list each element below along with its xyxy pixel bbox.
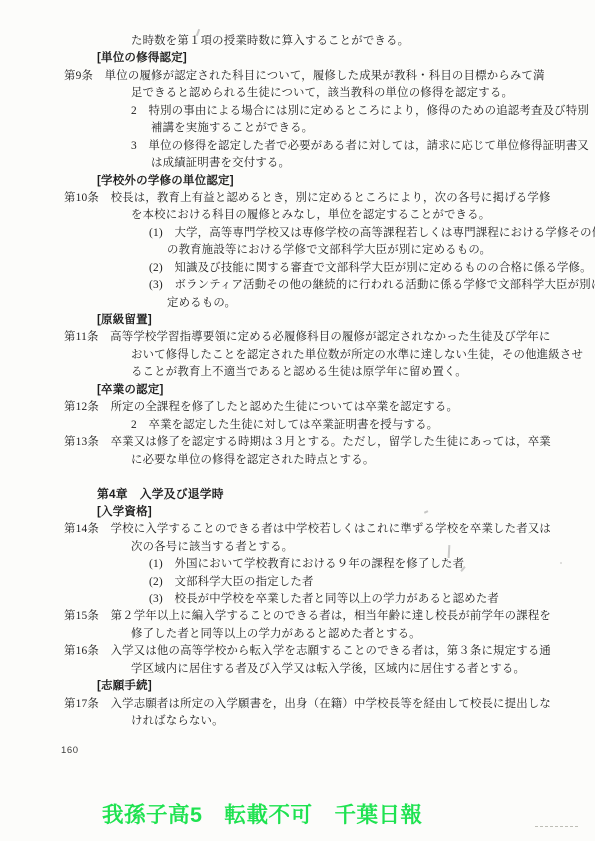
list-item-line: (1) 外国において学校教育における９年の課程を修了した者 <box>0 556 595 573</box>
text-line: は成績証明書を交付する。 <box>0 155 595 172</box>
text-line: 修了した者と同等以上の学力があると認めた者とする。 <box>0 626 595 643</box>
text-line: ければならない。 <box>0 713 595 730</box>
text-line: ることが教育上不適当であると認める生徒は原学年に留め置く。 <box>0 364 595 381</box>
article-line: 第9条 単位の履修が認定された科目について，履修した成果が教科・科目の目標からみ… <box>0 68 595 85</box>
text-line: 足できると認められる生徒について，該当教科の単位の修得を認定する。 <box>0 85 595 102</box>
section-header: [志願手続] <box>0 678 595 695</box>
paragraph-line: 2 特別の事由による場合には別に定めるところにより，修得のための追認考査及び特別 <box>0 103 595 120</box>
document-body: た時数を第１項の授業時数に算入することができる。 [単位の修得認定] 第9条 単… <box>0 33 595 731</box>
list-item-line: (3) ボランティア活動その他の継続的に行われる活動に係る学修で文部科学大臣が別… <box>0 277 595 294</box>
section-header: [学校外の学修の単位認定] <box>0 173 595 190</box>
article-line: 第10条 校長は，教育上有益と認めるとき，別に定めるところにより，次の各号に掲げ… <box>0 190 595 207</box>
watermark-text: 我孫子高5 転載不可 千葉日報 <box>102 798 422 829</box>
text-line: 定めるもの。 <box>0 295 595 312</box>
article-line: 第14条 学校に入学することのできる者は中学校若しくはこれに準ずる学校を卒業した… <box>0 521 595 538</box>
article-line: 第16条 入学又は他の高等学校から転入学を志願することのできる者は，第３条に規定… <box>0 643 595 660</box>
text-line: 次の各号に該当する者とする。 <box>0 539 595 556</box>
article-line: 第11条 高等学校学習指導要領に定める必履修科目の履修が認定されなかった生徒及び… <box>0 329 595 346</box>
section-header: [入学資格] <box>0 504 595 521</box>
scan-artifact <box>560 562 562 564</box>
list-item-line: (2) 知識及び技能に関する審査で文部科学大臣が別に定めるものの合格に係る学修。 <box>0 260 595 277</box>
chapter-heading: 第4章 入学及び退学時 <box>0 486 595 503</box>
article-line: 第13条 卒業又は修了を認定する時期は３月とする。ただし，留学した生徒にあっては… <box>0 434 595 451</box>
paragraph-line: 3 単位の修得を認定した者で必要がある者に対しては，請求に応じて単位修得証明書又 <box>0 138 595 155</box>
article-line: 第15条 第２学年以上に編入学することのできる者は，相当年齢に達し校長が前学年の… <box>0 608 595 625</box>
list-item-line: (3) 校長が中学校を卒業した者と同等以上の学力があると認めた者 <box>0 591 595 608</box>
list-item-line: (1) 大学，高等専門学校又は専修学校の高等課程若しくは専門課程における学修その… <box>0 225 595 242</box>
text-line: た時数を第１項の授業時数に算入することができる。 <box>0 33 595 50</box>
section-header: [原級留置] <box>0 312 595 329</box>
blank-line <box>0 469 595 486</box>
text-line: を本校における科目の履修とみなし，単位を認定することができる。 <box>0 207 595 224</box>
section-header: [卒業の認定] <box>0 382 595 399</box>
text-line: 学区域内に居住する者及び入学又は転入学後，区域内に居住する者とする。 <box>0 661 595 678</box>
text-line: 補講を実施することができる。 <box>0 120 595 137</box>
text-line: おいて修得したことを認定された単位数が所定の水準に達しない生徒，その他進級させ <box>0 347 595 364</box>
scan-artifact-dashed-line <box>535 826 578 827</box>
paragraph-line: 2 卒業を認定した生徒に対しては卒業証明書を授与する。 <box>0 417 595 434</box>
section-header: [単位の修得認定] <box>0 50 595 67</box>
article-line: 第12条 所定の全課程を修了したと認めた生徒については卒業を認定する。 <box>0 399 595 416</box>
page-number: 160 <box>61 745 79 756</box>
text-line: の教育施設等における学修で文部科学大臣が別に定めるもの。 <box>0 242 595 259</box>
scanned-document-page: た時数を第１項の授業時数に算入することができる。 [単位の修得認定] 第9条 単… <box>0 0 595 841</box>
list-item-line: (2) 文部科学大臣の指定した者 <box>0 574 595 591</box>
text-line: に必要な単位の修得を認定された時点とする。 <box>0 452 595 469</box>
article-line: 第17条 入学志願者は所定の入学願書を，出身（在籍）中学校長等を経由して校長に提… <box>0 696 595 713</box>
